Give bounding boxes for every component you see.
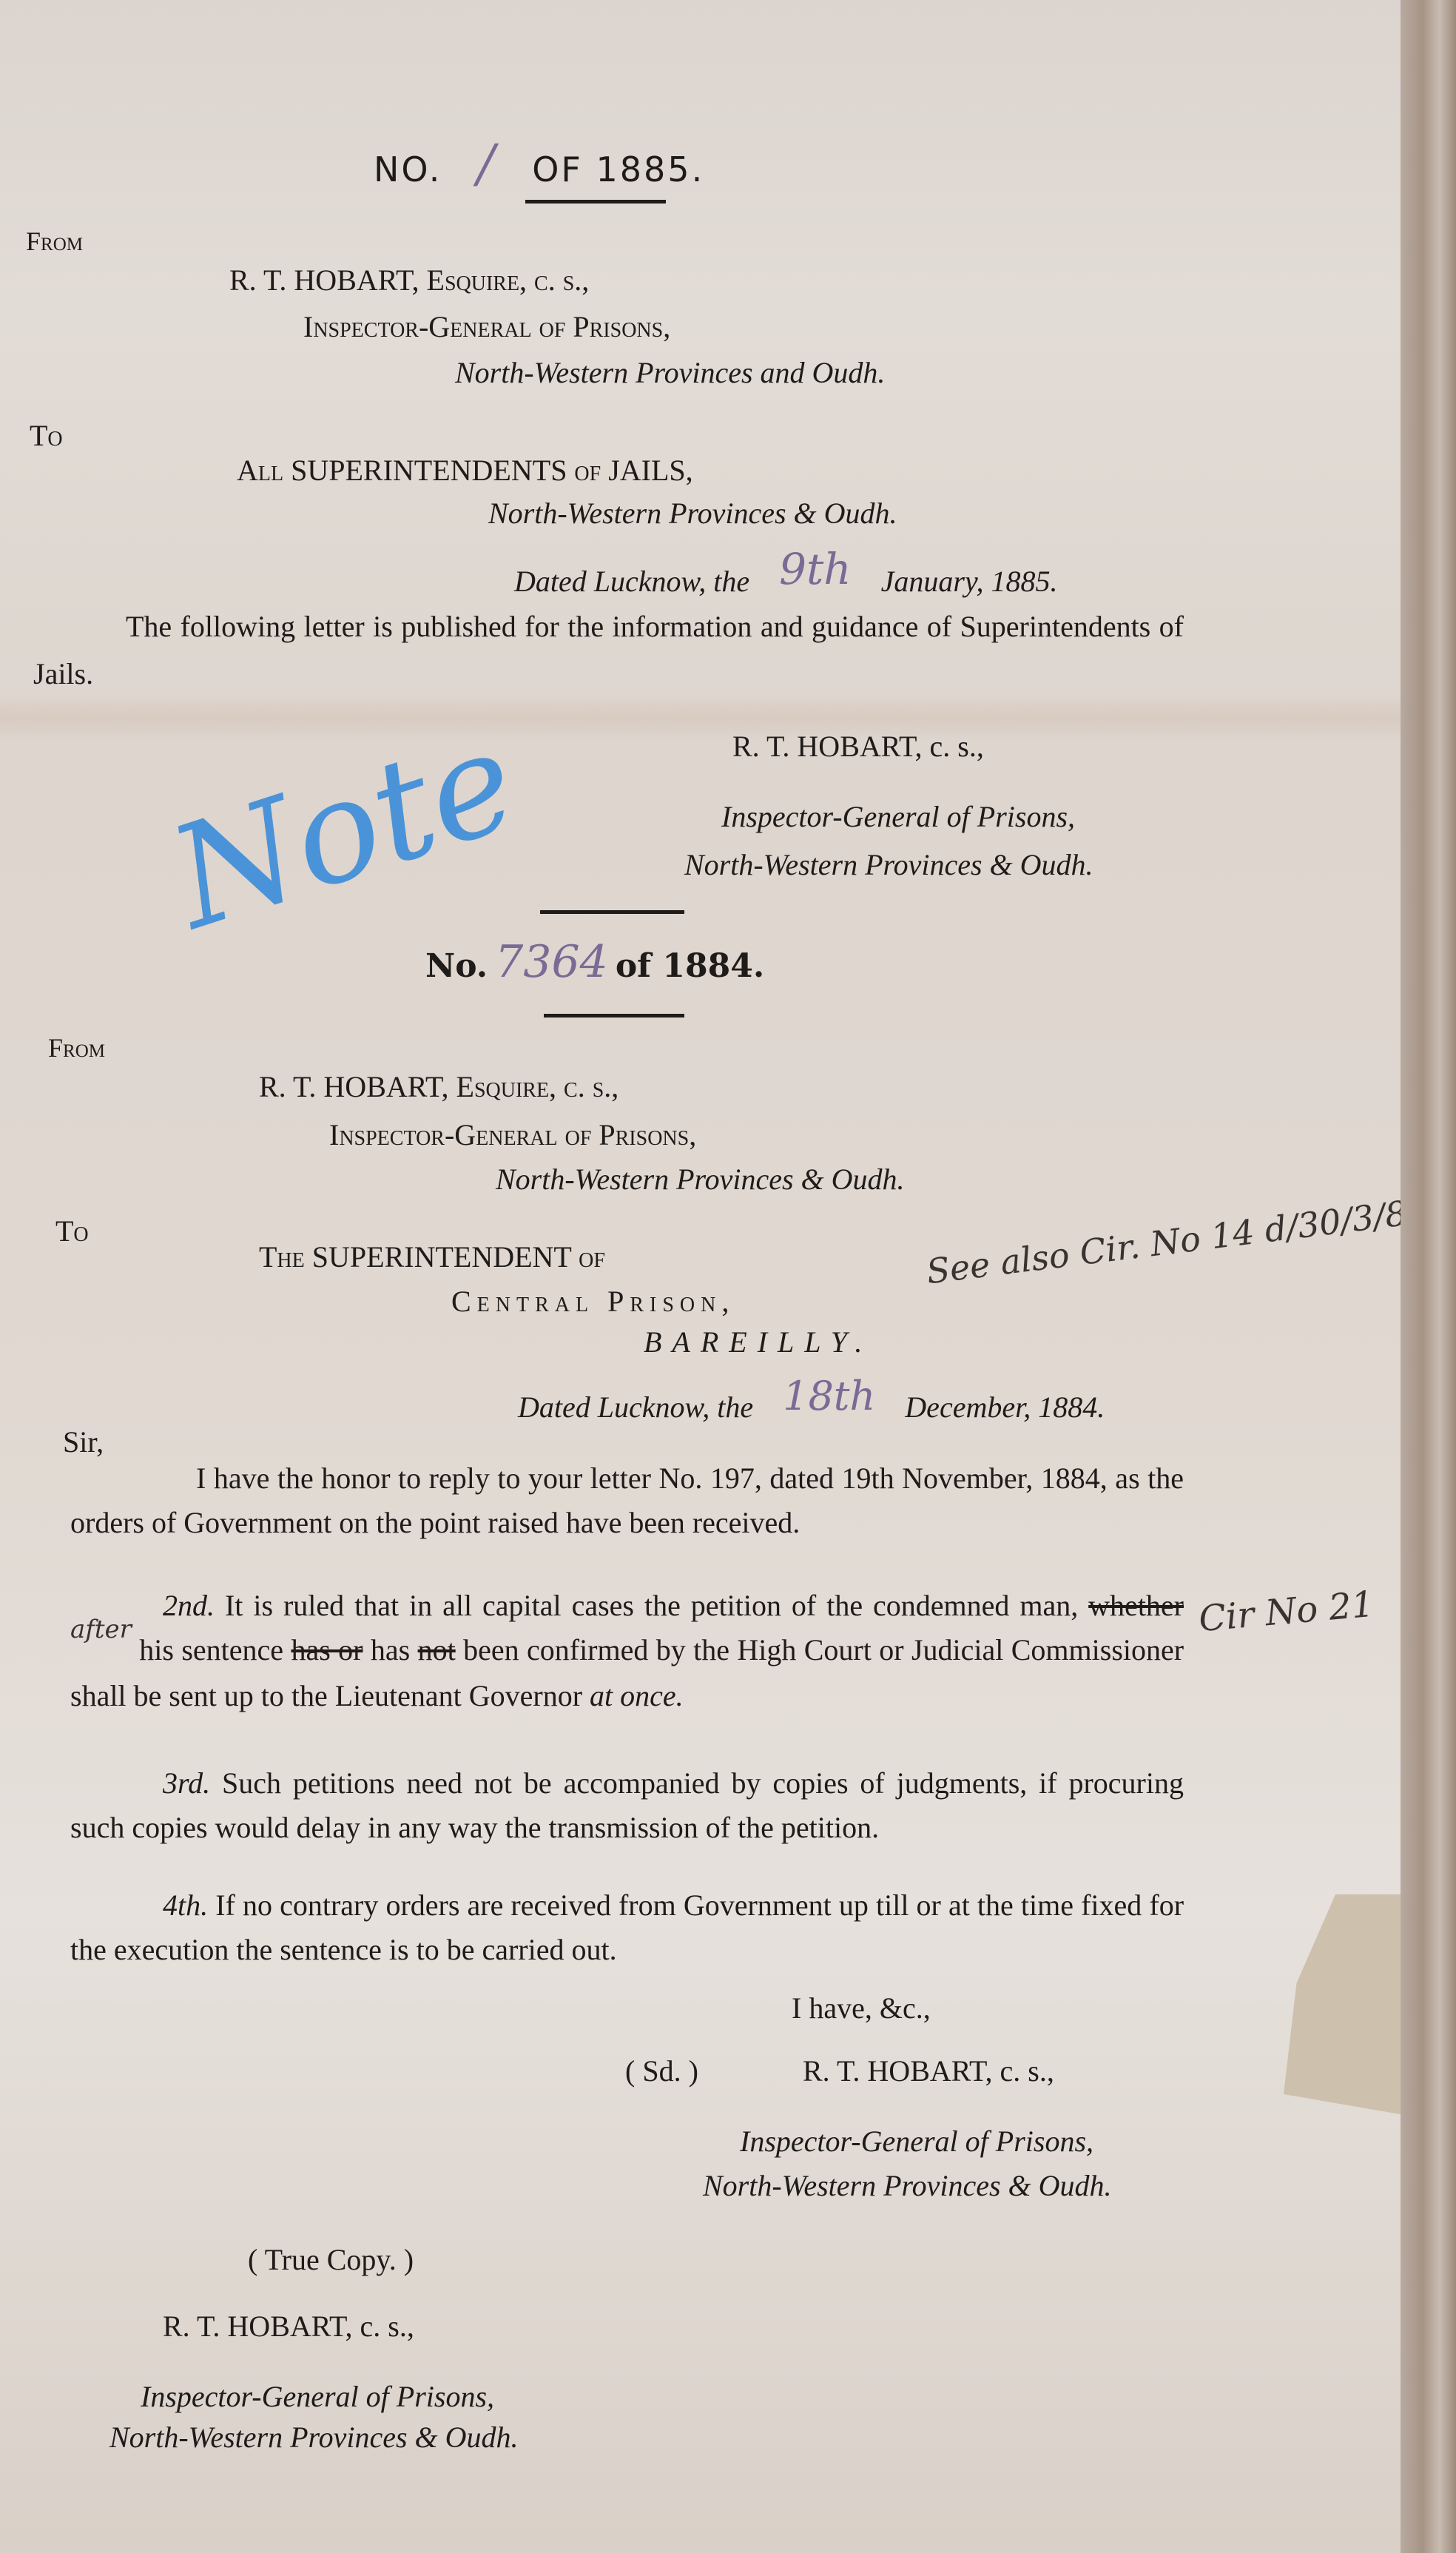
letter-rule-top	[540, 910, 684, 914]
letter-paragraph-4: 4th. If no contrary orders are received …	[70, 1883, 1184, 1972]
letter-number-heading: No.7364of 1884.	[425, 936, 764, 988]
true-copy-label: ( True Copy. )	[248, 2242, 414, 2277]
signed-marker: ( Sd. )	[625, 2053, 698, 2088]
paragraph-4-text: If no contrary orders are received from …	[70, 1888, 1184, 1966]
file-binding-edge	[1401, 0, 1456, 2553]
paragraph-3-number: 3rd.	[163, 1766, 210, 1800]
letter-number-prefix: No.	[425, 947, 488, 985]
true-copy-title: Inspector-General of Prisons,	[141, 2379, 494, 2414]
paragraph-2-text-c: has	[371, 1633, 410, 1666]
to-region: North-Western Provinces & Oudh.	[488, 496, 897, 531]
handwritten-margin-note-cir-21: Cir No 21	[1197, 1584, 1375, 1640]
circular-date-day: 9th	[779, 544, 852, 594]
paragraph-2-struck-has-or: has or	[291, 1633, 363, 1666]
letter-from-label: From	[48, 1032, 105, 1063]
letter-number-suffix: of 1884.	[616, 947, 764, 985]
letter-salutation: Sir,	[63, 1424, 104, 1459]
letter-number-handwritten: 7364	[495, 936, 608, 988]
letter-from-region: North-Western Provinces & Oudh.	[496, 1162, 905, 1197]
document-page: NO. / OF 1885. From R. T. HOBART, Esquir…	[0, 0, 1409, 2553]
circular-date-prefix: Dated Lucknow, the	[514, 565, 749, 598]
handwritten-insert-after: after	[70, 1615, 132, 1644]
letter-to-name: The SUPERINTENDENT of	[259, 1239, 605, 1274]
letter-paragraph-2: 2nd. It is ruled that in all capital cas…	[70, 1584, 1184, 1718]
paragraph-2-struck-whether: whether	[1088, 1589, 1184, 1622]
circular-number-suffix: OF 1885.	[532, 149, 704, 189]
letter-to-label: To	[55, 1214, 89, 1248]
torn-paper-patch	[1284, 1894, 1413, 2116]
circular-date-line: Dated Lucknow, the 9th January, 1885.	[514, 551, 1058, 602]
letter-paragraph-3: 3rd. Such petitions need not be accompan…	[70, 1761, 1184, 1850]
circular-number-handwritten: /	[477, 133, 497, 194]
from-label: From	[26, 226, 83, 257]
paragraph-2-number: 2nd.	[163, 1589, 215, 1622]
letter-from-title: Inspector-General of Prisons,	[329, 1117, 696, 1152]
from-title: Inspector-General of Prisons,	[303, 309, 670, 344]
circular-intro-paragraph: The following letter is published for th…	[33, 603, 1184, 698]
handwritten-note-annotation: Note	[153, 698, 534, 961]
circular-number-prefix: NO.	[374, 149, 442, 189]
to-name: All SUPERINTENDENTS of JAILS,	[237, 453, 693, 488]
paragraph-3-text: Such petitions need not be accompanied b…	[70, 1766, 1184, 1844]
letter-date-line: Dated Lucknow, the 18th December, 1884.	[518, 1380, 1105, 1427]
letter-from-name: R. T. HOBART, Esquire, c. s.,	[259, 1069, 619, 1104]
circular-signature-title: Inspector-General of Prisons,	[721, 799, 1075, 834]
circular-date-suffix: January, 1885.	[881, 565, 1058, 598]
letter-signature-title: Inspector-General of Prisons,	[740, 2124, 1093, 2159]
letter-date-prefix: Dated Lucknow, the	[518, 1390, 753, 1424]
handwritten-margin-note-see-also: See also Cir. No 14 d/30/3/86	[924, 1191, 1430, 1292]
paragraph-2-text-a: It is ruled that in all capital cases th…	[225, 1589, 1078, 1622]
paragraph-2-text-at-once: at once.	[590, 1679, 684, 1712]
letter-date-suffix: December, 1884.	[905, 1390, 1105, 1424]
letter-to-institution: Central Prison,	[451, 1284, 735, 1319]
to-label: To	[30, 418, 63, 453]
true-copy-name: R. T. HOBART, c. s.,	[163, 2309, 414, 2344]
paragraph-4-number: 4th.	[163, 1888, 208, 1922]
letter-rule-bottom	[544, 1014, 684, 1017]
from-name: R. T. HOBART, Esquire, c. s.,	[229, 263, 589, 297]
circular-number-heading: NO. / OF 1885.	[374, 133, 704, 194]
circular-signature-name: R. T. HOBART, c. s.,	[732, 729, 984, 764]
letter-signature-name: R. T. HOBART, c. s.,	[803, 2053, 1054, 2088]
circular-signature-region: North-Western Provinces & Oudh.	[684, 847, 1093, 882]
letter-closing: I have, &c.,	[792, 1991, 931, 2025]
from-region: North-Western Provinces and Oudh.	[455, 355, 885, 390]
letter-paragraph-1: I have the honor to reply to your letter…	[70, 1456, 1184, 1545]
paragraph-2-text-b: his sentence	[139, 1633, 283, 1666]
header-rule	[525, 200, 666, 203]
letter-signature-region: North-Western Provinces & Oudh.	[703, 2168, 1112, 2203]
true-copy-region: North-Western Provinces & Oudh.	[109, 2420, 519, 2455]
letter-date-day: 18th	[783, 1373, 875, 1419]
letter-to-city: BAREILLY.	[644, 1325, 872, 1359]
paragraph-2-struck-not: not	[418, 1633, 456, 1666]
